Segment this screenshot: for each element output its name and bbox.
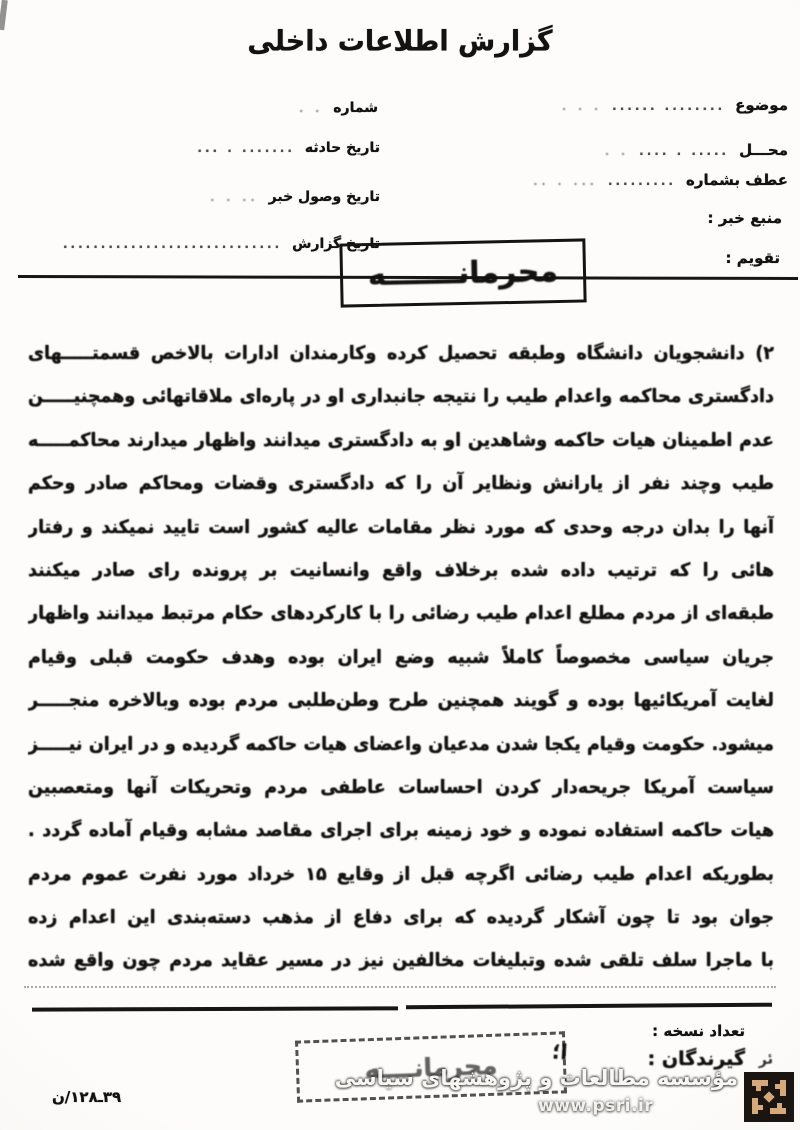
body-line: آنها را بدان درجه وحدی که مورد نظر مقاما… bbox=[28, 505, 774, 551]
field-ref-number-label: عطف بشماره bbox=[686, 171, 788, 189]
field-receipt-date-dots: .. . . bbox=[210, 191, 258, 204]
field-number-dots: . . bbox=[299, 102, 323, 115]
body-line: میشود. حکومت وقیام یکجا شدن مدعیان واعضا… bbox=[28, 722, 774, 768]
body-line: دادگستری محاکمه واعدام طیب را نتیجه جانب… bbox=[28, 375, 774, 421]
watermark-organization: مؤسسه مطالعات و پژوهشهای سیاسی bbox=[335, 1066, 738, 1090]
field-receipt-date: تاریخ وصول خبر .. . . bbox=[210, 189, 380, 205]
handwriting-mark: ا؛ bbox=[551, 1039, 568, 1064]
field-ref-number: عطف بشماره ......... ... . .. bbox=[533, 171, 788, 189]
field-report-date: تاریخ گزارش ............................… bbox=[63, 236, 380, 252]
field-news-source: منبع خبر : bbox=[708, 209, 783, 227]
field-incident-date-dots: ....... . ... bbox=[197, 141, 295, 155]
footer-dotted-line bbox=[24, 986, 776, 988]
field-news-source-label: منبع خبر : bbox=[708, 209, 783, 227]
body-line: جوان بود تا چون آشکار گردیده که برای دفا… bbox=[28, 896, 774, 942]
page-title: گزارش اطلاعات داخلی bbox=[0, 25, 800, 58]
body-line: هائی را که ترتیب داده شده برخلاف واقع وا… bbox=[28, 549, 774, 595]
body-line: هیات حاکمه استفاده نموده و خود زمینه برا… bbox=[28, 809, 774, 855]
field-receipt-date-label: تاریخ وصول خبر bbox=[269, 189, 380, 205]
field-ref-number-dots: ......... bbox=[608, 174, 676, 188]
footer-divider-right bbox=[406, 1003, 772, 1010]
document-number: ن/۱۲۸ـ۳۹ bbox=[52, 1088, 121, 1106]
watermark-url: www.psri.ir bbox=[538, 1096, 653, 1116]
confidential-stamp-top: محرمانـــــــه bbox=[339, 238, 586, 307]
field-evaluation-label: تقویم : bbox=[726, 249, 780, 267]
body-line: طبقه‌ای از مردم مطلع اعدام طیب رضائی را … bbox=[28, 592, 774, 638]
field-evaluation: تقویم : bbox=[726, 249, 780, 267]
field-subject-dots: ........ ...... bbox=[612, 99, 725, 113]
field-subject-label: موضوع bbox=[735, 96, 788, 114]
psri-logo-icon bbox=[744, 1072, 794, 1122]
field-subject: موضوع ........ ...... . . . bbox=[562, 96, 788, 114]
scanned-document-page: گزارش اطلاعات داخلی موضوع ........ .....… bbox=[0, 0, 800, 1130]
field-location-label: محـــل bbox=[739, 141, 788, 159]
body-line: سیاست آمریکا جریحه‌دار کردن احساسات عاطف… bbox=[28, 766, 774, 812]
field-number-label: شماره bbox=[333, 100, 378, 116]
body-line: بطوریکه اعدام طیب رضائی اگرچه قبل از وقا… bbox=[28, 853, 774, 899]
handwriting-mark: ئر bbox=[757, 1049, 774, 1068]
field-incident-date-label: تاریخ حادثه bbox=[305, 140, 380, 156]
body-line: لغایت آمریکائیها بوده و گویند همچنین طرح… bbox=[28, 679, 774, 725]
confidential-stamp-top-text: محرمانـــــــه bbox=[368, 254, 559, 293]
body-line: با ماجرا سلف تلقی شده وتبلیغات مخالفین ن… bbox=[28, 939, 774, 985]
footer-divider-left bbox=[32, 1006, 398, 1011]
field-incident-date: تاریخ حادثه ....... . ... bbox=[197, 140, 380, 156]
field-ref-number-far-dots: ... . .. bbox=[533, 175, 598, 188]
field-location-far-dots: . . bbox=[605, 145, 629, 158]
field-location-dots: ..... . .... bbox=[639, 144, 729, 158]
body-line: طیب وچند نفر از یارانش ونظایر آن را که د… bbox=[28, 462, 774, 508]
field-number: شماره . . bbox=[299, 100, 378, 116]
copies-label: تعداد نسخه : bbox=[652, 1022, 745, 1040]
field-location: محـــل ..... . .... . . bbox=[605, 141, 788, 159]
body-line: ۲) دانشجویان دانشگاه وطبقه تحصیل کرده وک… bbox=[28, 332, 774, 378]
field-report-date-dots: ............................. bbox=[63, 237, 282, 251]
field-subject-far-dots: . . . bbox=[562, 100, 602, 113]
body-line: عدم اطمینان هیات حاکمه وشاهدین او به داد… bbox=[28, 419, 774, 465]
body-line: جریان سیاسی مخصوصاً کاملاً شبیه وضع ایرا… bbox=[28, 636, 774, 682]
report-body: ۲) دانشجویان دانشگاه وطبقه تحصیل کرده وک… bbox=[28, 333, 774, 984]
